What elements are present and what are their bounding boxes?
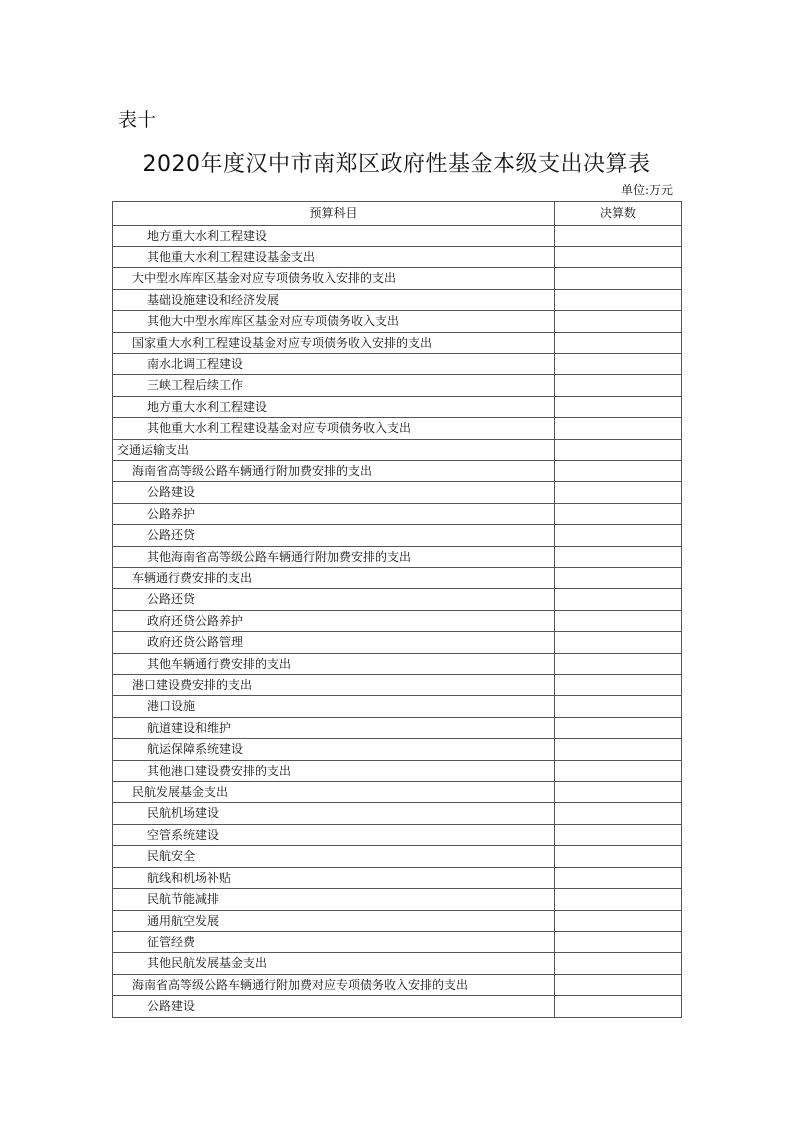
amount-cell [555, 675, 682, 696]
table-row: 征管经费 [113, 931, 682, 952]
table-row: 航运保障系统建设 [113, 739, 682, 760]
table-row: 通用航空发展 [113, 910, 682, 931]
amount-cell [555, 418, 682, 439]
table-row: 南水北调工程建设 [113, 353, 682, 374]
amount-cell [555, 503, 682, 524]
amount-cell [555, 653, 682, 674]
subject-cell: 海南省高等级公路车辆通行附加费对应专项债务收入安排的支出 [113, 974, 555, 995]
amount-cell [555, 332, 682, 353]
subject-cell: 港口建设费安排的支出 [113, 675, 555, 696]
table-row: 地方重大水利工程建设 [113, 225, 682, 246]
amount-cell [555, 889, 682, 910]
amount-cell [555, 482, 682, 503]
subject-cell: 民航机场建设 [113, 803, 555, 824]
subject-cell: 地方重大水利工程建设 [113, 225, 555, 246]
amount-cell [555, 289, 682, 310]
subject-cell: 民航安全 [113, 846, 555, 867]
expenditure-table: 预算科目 决算数 地方重大水利工程建设其他重大水利工程建设基金支出大中型水库库区… [112, 201, 682, 1018]
amount-cell [555, 460, 682, 481]
amount-cell [555, 696, 682, 717]
amount-cell [555, 225, 682, 246]
subject-cell: 公路还贷 [113, 525, 555, 546]
amount-cell [555, 353, 682, 374]
amount-cell [555, 953, 682, 974]
subject-cell: 公路养护 [113, 503, 555, 524]
subject-cell: 海南省高等级公路车辆通行附加费安排的支出 [113, 460, 555, 481]
subject-cell: 国家重大水利工程建设基金对应专项债务收入安排的支出 [113, 332, 555, 353]
amount-cell [555, 632, 682, 653]
subject-cell: 南水北调工程建设 [113, 353, 555, 374]
subject-cell: 其他车辆通行费安排的支出 [113, 653, 555, 674]
table-row: 其他港口建设费安排的支出 [113, 760, 682, 781]
subject-cell: 空管系统建设 [113, 824, 555, 845]
subject-cell: 基础设施建设和经济发展 [113, 289, 555, 310]
amount-cell [555, 610, 682, 631]
amount-cell [555, 396, 682, 417]
table-row: 三峡工程后续工作 [113, 375, 682, 396]
document-title: 2020年度汉中市南郑区政府性基金本级支出决算表 [0, 147, 793, 178]
amount-cell [555, 525, 682, 546]
amount-cell [555, 375, 682, 396]
table-row: 大中型水库库区基金对应专项债务收入安排的支出 [113, 268, 682, 289]
table-row: 基础设施建设和经济发展 [113, 289, 682, 310]
table-row: 公路还贷 [113, 525, 682, 546]
table-row: 空管系统建设 [113, 824, 682, 845]
table-row: 民航发展基金支出 [113, 782, 682, 803]
table-row: 公路还贷 [113, 589, 682, 610]
table-row: 航线和机场补贴 [113, 867, 682, 888]
subject-cell: 公路建设 [113, 482, 555, 503]
table-row: 公路建设 [113, 482, 682, 503]
table-row: 国家重大水利工程建设基金对应专项债务收入安排的支出 [113, 332, 682, 353]
table-row: 港口建设费安排的支出 [113, 675, 682, 696]
table-row: 政府还贷公路养护 [113, 610, 682, 631]
subject-cell: 航道建设和维护 [113, 717, 555, 738]
amount-cell [555, 568, 682, 589]
amount-cell [555, 803, 682, 824]
amount-cell [555, 910, 682, 931]
subject-cell: 政府还贷公路管理 [113, 632, 555, 653]
amount-cell [555, 268, 682, 289]
subject-cell: 其他海南省高等级公路车辆通行附加费安排的支出 [113, 546, 555, 567]
table-row: 车辆通行费安排的支出 [113, 568, 682, 589]
table-row: 民航安全 [113, 846, 682, 867]
table-row: 其他民航发展基金支出 [113, 953, 682, 974]
table-body: 地方重大水利工程建设其他重大水利工程建设基金支出大中型水库库区基金对应专项债务收… [113, 225, 682, 1017]
table-row: 其他海南省高等级公路车辆通行附加费安排的支出 [113, 546, 682, 567]
table-row: 民航节能减排 [113, 889, 682, 910]
table-row: 港口设施 [113, 696, 682, 717]
subject-cell: 民航发展基金支出 [113, 782, 555, 803]
amount-cell [555, 782, 682, 803]
amount-cell [555, 246, 682, 267]
amount-cell [555, 311, 682, 332]
table-row: 其他大中型水库库区基金对应专项债务收入支出 [113, 311, 682, 332]
subject-cell: 民航节能减排 [113, 889, 555, 910]
amount-cell [555, 739, 682, 760]
table-row: 地方重大水利工程建设 [113, 396, 682, 417]
amount-cell [555, 996, 682, 1017]
amount-cell [555, 931, 682, 952]
table-label: 表十 [118, 105, 156, 132]
subject-cell: 其他重大水利工程建设基金支出 [113, 246, 555, 267]
amount-cell [555, 760, 682, 781]
amount-cell [555, 439, 682, 460]
subject-cell: 交通运输支出 [113, 439, 555, 460]
amount-cell [555, 824, 682, 845]
subject-cell: 通用航空发展 [113, 910, 555, 931]
table-row: 其他车辆通行费安排的支出 [113, 653, 682, 674]
subject-cell: 其他重大水利工程建设基金对应专项债务收入支出 [113, 418, 555, 439]
subject-cell: 征管经费 [113, 931, 555, 952]
table-header-row: 预算科目 决算数 [113, 202, 682, 226]
table-row: 政府还贷公路管理 [113, 632, 682, 653]
table-row: 公路养护 [113, 503, 682, 524]
table-row: 公路建设 [113, 996, 682, 1017]
table-row: 其他重大水利工程建设基金对应专项债务收入支出 [113, 418, 682, 439]
subject-cell: 大中型水库库区基金对应专项债务收入安排的支出 [113, 268, 555, 289]
subject-cell: 港口设施 [113, 696, 555, 717]
table-row: 交通运输支出 [113, 439, 682, 460]
subject-cell: 政府还贷公路养护 [113, 610, 555, 631]
subject-cell: 地方重大水利工程建设 [113, 396, 555, 417]
subject-cell: 公路建设 [113, 996, 555, 1017]
amount-cell [555, 717, 682, 738]
amount-cell [555, 867, 682, 888]
amount-cell [555, 589, 682, 610]
table-row: 民航机场建设 [113, 803, 682, 824]
amount-cell [555, 846, 682, 867]
table-row: 海南省高等级公路车辆通行附加费安排的支出 [113, 460, 682, 481]
amount-cell [555, 974, 682, 995]
subject-cell: 其他港口建设费安排的支出 [113, 760, 555, 781]
subject-cell: 航线和机场补贴 [113, 867, 555, 888]
subject-cell: 车辆通行费安排的支出 [113, 568, 555, 589]
subject-cell: 航运保障系统建设 [113, 739, 555, 760]
header-subject: 预算科目 [113, 202, 555, 226]
header-amount: 决算数 [555, 202, 682, 226]
subject-cell: 其他民航发展基金支出 [113, 953, 555, 974]
amount-cell [555, 546, 682, 567]
subject-cell: 其他大中型水库库区基金对应专项债务收入支出 [113, 311, 555, 332]
subject-cell: 公路还贷 [113, 589, 555, 610]
table-row: 航道建设和维护 [113, 717, 682, 738]
unit-label: 单位:万元 [621, 181, 673, 198]
subject-cell: 三峡工程后续工作 [113, 375, 555, 396]
table-row: 海南省高等级公路车辆通行附加费对应专项债务收入安排的支出 [113, 974, 682, 995]
table-row: 其他重大水利工程建设基金支出 [113, 246, 682, 267]
